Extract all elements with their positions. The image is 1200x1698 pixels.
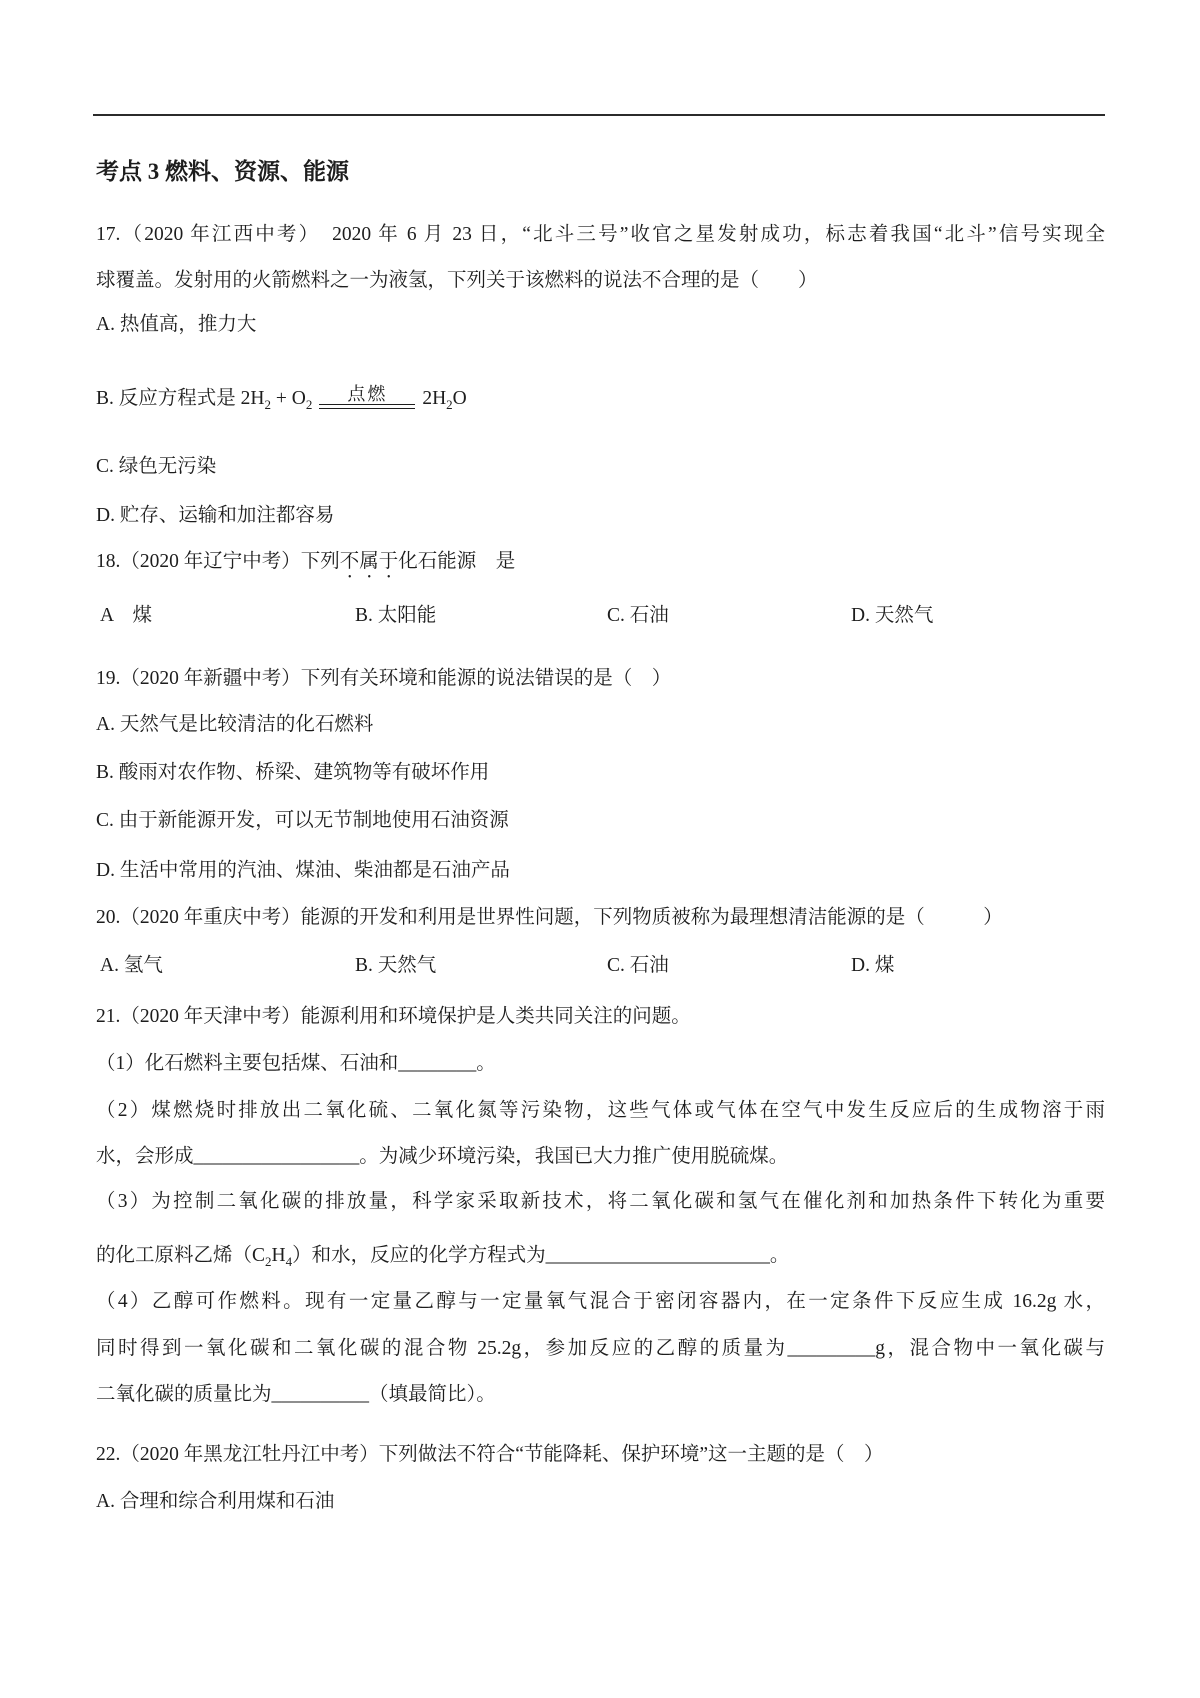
q21-part3-line2: 的化工原料乙烯（C2H4）和水，反应的化学方程式为_______________… (96, 1236, 1105, 1276)
q17-option-a: A. 热值高，推力大 (96, 305, 1105, 345)
q17-option-b-label: B. 反应方程式是 (96, 388, 241, 409)
q22-option-a: A. 合理和综合利用煤和石油 (96, 1482, 1105, 1522)
q21-part3-text: ）和水，反应的化学方程式为_______________________。 (292, 1245, 789, 1266)
q19-option-d: D. 生活中常用的汽油、煤油、柴油都是石油产品 (96, 851, 1105, 891)
q18-options-row: A 煤 B. 太阳能 C. 石油 D. 天然气 (96, 596, 1105, 636)
q18-option-d: D. 天然气 (851, 596, 933, 636)
q17-option-b: B. 反应方程式是 2H2 + O2点燃2H2O (96, 379, 1105, 419)
q20-options-row: A. 氢气 B. 天然气 C. 石油 D. 煤 (96, 946, 1105, 986)
q21-part3-line1: （3）为控制二氧化碳的排放量，科学家采取新技术，将二氧化碳和氢气在催化剂和加热条… (96, 1182, 1105, 1222)
q20-option-a: A. 氢气 (100, 946, 163, 986)
reaction-condition-label: 点燃 (319, 384, 415, 404)
q19-option-a: A. 天然气是比较清洁的化石燃料 (96, 705, 1105, 745)
reaction-condition-stack: 点燃 (319, 384, 415, 409)
section-title: 考点 3 燃料、资源、能源 (96, 151, 1105, 193)
q20-option-b: B. 天然气 (355, 946, 436, 986)
double-line-icon (319, 404, 415, 409)
exam-page: 考点 3 燃料、资源、能源 17.（2020 年江西中考） 2020 年 6 月… (0, 0, 1200, 1698)
formula-subscript: 2 (306, 397, 313, 412)
equation-product: O (453, 388, 467, 409)
q21-part4-line3: 二氧化碳的质量比为__________（填最简比）。 (96, 1375, 1105, 1415)
q21-part2-line1: （2）煤燃烧时排放出二氧化硫、二氧化氮等污染物，这些气体或气体在空气中发生反应后… (96, 1091, 1105, 1131)
q18-emphasized-term: 不属于 (340, 551, 399, 572)
equation-reactant: 2H (241, 388, 265, 409)
q20-option-d: D. 煤 (851, 946, 894, 986)
q19-option-c: C. 由于新能源开发，可以无节制地使用石油资源 (96, 801, 1105, 841)
q21-part4-line2: 同时得到一氧化碳和二氧化碳的混合物 25.2g，参加反应的乙醇的质量为_____… (96, 1329, 1105, 1369)
q17-option-c: C. 绿色无污染 (96, 447, 1105, 487)
header-rule (93, 114, 1105, 116)
q21-part4-line1: （4）乙醇可作燃料。现有一定量乙醇与一定量氧气混合于密闭容器内，在一定条件下反应… (96, 1282, 1105, 1322)
q18-option-b: B. 太阳能 (355, 596, 436, 636)
q22-stem: 22.（2020 年黑龙江牡丹江中考）下列做法不符合“节能降耗、保护环境”这一主… (96, 1435, 1105, 1475)
q21-part3-text: H (272, 1245, 286, 1266)
equation-reactant: + O (271, 388, 306, 409)
q18-stem: 18.（2020 年辽宁中考）下列不属于化石能源 是 (96, 542, 1105, 582)
equation-product: 2H (422, 388, 446, 409)
q21-stem: 21.（2020 年天津中考）能源利用和环境保护是人类共同关注的问题。 (96, 997, 1105, 1037)
q19-option-b: B. 酸雨对农作物、桥梁、建筑物等有破坏作用 (96, 753, 1105, 793)
q18-stem-suffix: 化石能源 是 (398, 551, 515, 572)
q17-stem-line2: 球覆盖。发射用的火箭燃料之一为液氢，下列关于该燃料的说法不合理的是（ ） (96, 261, 1105, 301)
q17-stem-line1: 17.（2020 年江西中考） 2020 年 6 月 23 日，“北斗三号”收官… (96, 215, 1105, 255)
q20-option-c: C. 石油 (607, 946, 669, 986)
q21-part1: （1）化石燃料主要包括煤、石油和________。 (96, 1044, 1105, 1084)
q21-part3-text: 的化工原料乙烯（C (96, 1245, 265, 1266)
q19-stem: 19.（2020 年新疆中考）下列有关环境和能源的说法错误的是（ ） (96, 659, 1105, 699)
q21-part2-line2: 水，会形成_________________。为减少环境污染，我国已大力推广使用… (96, 1137, 1105, 1177)
q20-stem: 20.（2020 年重庆中考）能源的开发和利用是世界性问题，下列物质被称为最理想… (96, 898, 1105, 938)
q18-option-c: C. 石油 (607, 596, 669, 636)
q18-option-a: A 煤 (100, 596, 152, 636)
q18-stem-prefix: 18.（2020 年辽宁中考）下列 (96, 551, 340, 572)
q17-option-d: D. 贮存、运输和加注都容易 (96, 496, 1105, 536)
